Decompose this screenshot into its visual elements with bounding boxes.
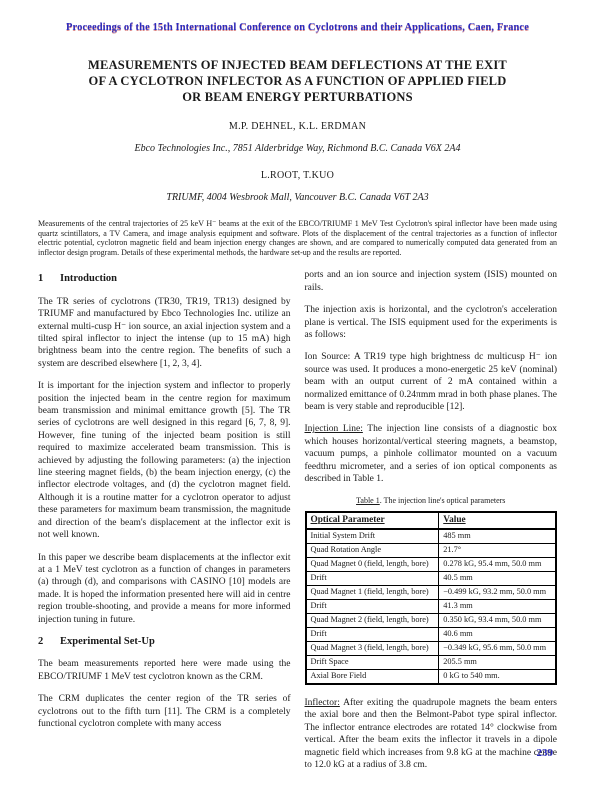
table-header-row: Optical ParameterValue: [306, 512, 557, 529]
section-heading-label: Experimental Set-Up: [60, 636, 155, 647]
table-row: Drift40.5 mm: [306, 571, 557, 585]
table-cell: Drift: [306, 571, 439, 585]
table-row: Drift Space205.5 mm: [306, 655, 557, 669]
optical-parameters-table-body: Initial System Drift485 mmQuad Rotation …: [306, 529, 557, 684]
table-cell: 41.3 mm: [439, 599, 556, 613]
table-cell: 21.7°: [439, 543, 556, 557]
table-caption-label: Table 1: [356, 496, 380, 505]
inflector-label: Inflector:: [305, 698, 340, 708]
setup-paragraph-1: The beam measurements reported here were…: [38, 658, 291, 683]
table-cell: 205.5 mm: [439, 655, 556, 669]
affiliation-line-2: TRIUMF, 4004 Wesbrook Mall, Vancouver B.…: [38, 192, 557, 203]
section-heading-label: Introduction: [60, 273, 117, 284]
table-cell: 0.350 kG, 93.4 mm, 50.0 mm: [439, 613, 556, 627]
author-line-1: M.P. DEHNEL, K.L. ERDMAN: [38, 121, 557, 132]
table-caption: Table 1. The injection line's optical pa…: [305, 495, 558, 507]
table-cell: 0 kG to 540 mm.: [439, 669, 556, 684]
affiliation-line-1: Ebco Technologies Inc., 7851 Alderbridge…: [38, 143, 557, 154]
section-heading-experimental-setup: 2Experimental Set-Up: [38, 636, 291, 648]
intro-paragraph-3: In this paper we describe beam displacem…: [38, 552, 291, 626]
table-cell: Quad Magnet 2 (field, length, bore): [306, 613, 439, 627]
setup-paragraph-2: The CRM duplicates the center region of …: [38, 693, 291, 730]
table-row: Initial System Drift485 mm: [306, 529, 557, 544]
table-column-header: Optical Parameter: [306, 512, 439, 529]
intro-paragraph-2: It is important for the injection system…: [38, 380, 291, 541]
table-cell: −0.349 kG, 95.6 mm, 50.0 mm: [439, 641, 556, 655]
ion-source-label: Ion Source:: [305, 352, 351, 362]
left-column: 1Introduction The TR series of cyclotron…: [38, 269, 291, 781]
table-cell: Initial System Drift: [306, 529, 439, 544]
table-row: Quad Magnet 3 (field, length, bore)−0.34…: [306, 641, 557, 655]
inflector-paragraph: Inflector: After exiting the quadrupole …: [305, 697, 558, 771]
table-row: Quad Magnet 0 (field, length, bore)0.278…: [306, 557, 557, 571]
table-cell: Axial Bore Field: [306, 669, 439, 684]
table-cell: Drift: [306, 627, 439, 641]
section-number: 1: [38, 273, 60, 285]
right-paragraph-1: ports and an ion source and injection sy…: [305, 269, 558, 294]
proceedings-header: Proceedings of the 15th International Co…: [38, 22, 557, 33]
table-row: Quad Magnet 2 (field, length, bore)0.350…: [306, 613, 557, 627]
page-number: 239: [537, 747, 554, 759]
right-column: ports and an ion source and injection sy…: [305, 269, 558, 781]
section-heading-introduction: 1Introduction: [38, 273, 291, 285]
table-row: Drift40.6 mm: [306, 627, 557, 641]
two-column-body: 1Introduction The TR series of cyclotron…: [38, 269, 557, 781]
abstract-text: Measurements of the central trajectories…: [38, 219, 557, 257]
table-cell: Drift Space: [306, 655, 439, 669]
table-row: Axial Bore Field0 kG to 540 mm.: [306, 669, 557, 684]
optical-parameters-table: Optical ParameterValue Initial System Dr…: [305, 511, 558, 685]
ion-source-paragraph: Ion Source: A TR19 type high brightness …: [305, 351, 558, 413]
section-number: 2: [38, 636, 60, 648]
paper-page: Proceedings of the 15th International Co…: [0, 0, 593, 789]
right-paragraph-2: The injection axis is horizontal, and th…: [305, 304, 558, 341]
table-cell: Quad Magnet 1 (field, length, bore): [306, 585, 439, 599]
author-line-2: L.ROOT, T.KUO: [38, 170, 557, 181]
table-cell: Quad Rotation Angle: [306, 543, 439, 557]
table-cell: 485 mm: [439, 529, 556, 544]
intro-paragraph-1: The TR series of cyclotrons (TR30, TR19,…: [38, 296, 291, 370]
table-cell: Drift: [306, 599, 439, 613]
inflector-text: After exiting the quadrupole magnets the…: [305, 698, 558, 770]
table-row: Quad Rotation Angle21.7°: [306, 543, 557, 557]
table-cell: Quad Magnet 0 (field, length, bore): [306, 557, 439, 571]
table-cell: −0.499 kG, 93.2 mm, 50.0 mm: [439, 585, 556, 599]
table-cell: 40.5 mm: [439, 571, 556, 585]
table-cell: 0.278 kG, 95.4 mm, 50.0 mm: [439, 557, 556, 571]
injection-line-paragraph: Injection Line: The injection line consi…: [305, 423, 558, 485]
injection-line-label: Injection Line:: [305, 424, 363, 434]
table-caption-text: . The injection line's optical parameter…: [380, 496, 506, 505]
table-row: Drift41.3 mm: [306, 599, 557, 613]
paper-title: MEASUREMENTS OF INJECTED BEAM DEFLECTION…: [38, 57, 557, 105]
table-cell: 40.6 mm: [439, 627, 556, 641]
table-row: Quad Magnet 1 (field, length, bore)−0.49…: [306, 585, 557, 599]
table-cell: Quad Magnet 3 (field, length, bore): [306, 641, 439, 655]
table-column-header: Value: [439, 512, 556, 529]
